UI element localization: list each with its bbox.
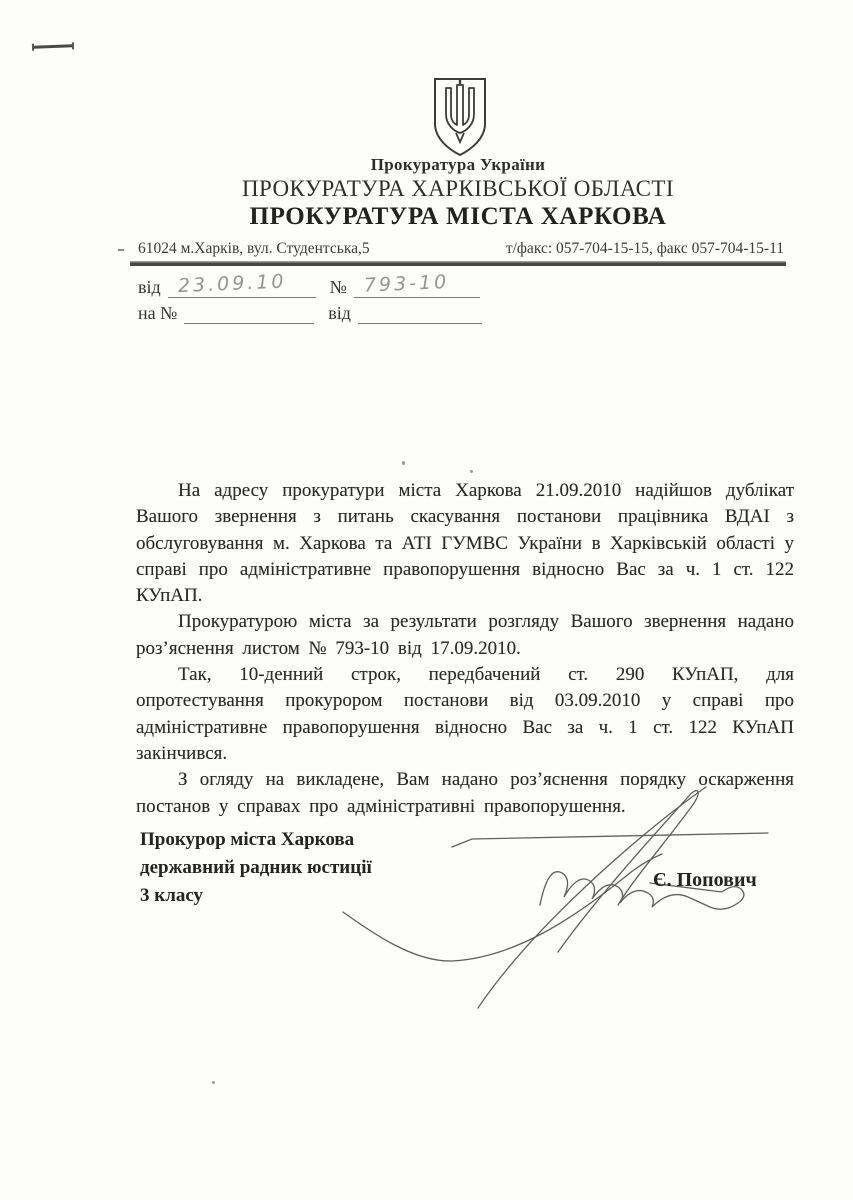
from-date-line: 23.09.10 [168,275,316,298]
paragraph-3: Так, 10-денний строк, передбачений ст. 2… [136,662,794,767]
org-name-city: ПРОКУРАТУРА МІСТА ХАРКОВА [130,203,786,231]
org-name-country: Прокуратура України [130,155,786,175]
scan-speck [212,1081,215,1084]
reply-number-label: на № [138,303,177,324]
scan-speck [402,461,405,465]
reply-date-label: від [328,303,351,324]
ukraine-trident-emblem [427,76,493,158]
handwritten-signature [320,765,790,1020]
from-date-label: від [138,277,161,298]
org-name-region: ПРОКУРАТУРА ХАРКІВСЬКОЇ ОБЛАСТІ [130,176,786,202]
paragraph-2: Прокуратурою міста за результати розгляд… [136,609,794,662]
pen-mark [33,44,73,48]
reference-block: від 23.09.10 № 793-10 на № від [138,274,482,326]
handwritten-number: 793-10 [353,271,449,297]
handwritten-date: 23.09.10 [167,270,286,297]
org-phone-fax: т/факс: 057-704-15-15, факс 057-704-15-1… [506,240,784,258]
letterhead-divider [130,261,786,266]
scan-speck [118,249,124,251]
reply-date-line [358,301,482,324]
number-line: 793-10 [354,275,480,298]
scan-speck [470,470,473,473]
letterhead-contacts: 61024 м.Харків, вул. Студентська,5 т/фак… [138,240,784,258]
reference-row-outgoing: від 23.09.10 № 793-10 [138,274,482,298]
reply-number-line [184,301,314,324]
number-label: № [330,277,347,298]
paragraph-1: На адресу прокуратури міста Харкова 21.0… [136,478,794,609]
signer-name: Є. Попович [653,869,757,892]
org-address: 61024 м.Харків, вул. Студентська,5 [138,240,370,258]
reference-row-incoming: на № від [138,300,482,324]
scanned-letter-page: Прокуратура України ПРОКУРАТУРА ХАРКІВСЬ… [0,0,853,1200]
